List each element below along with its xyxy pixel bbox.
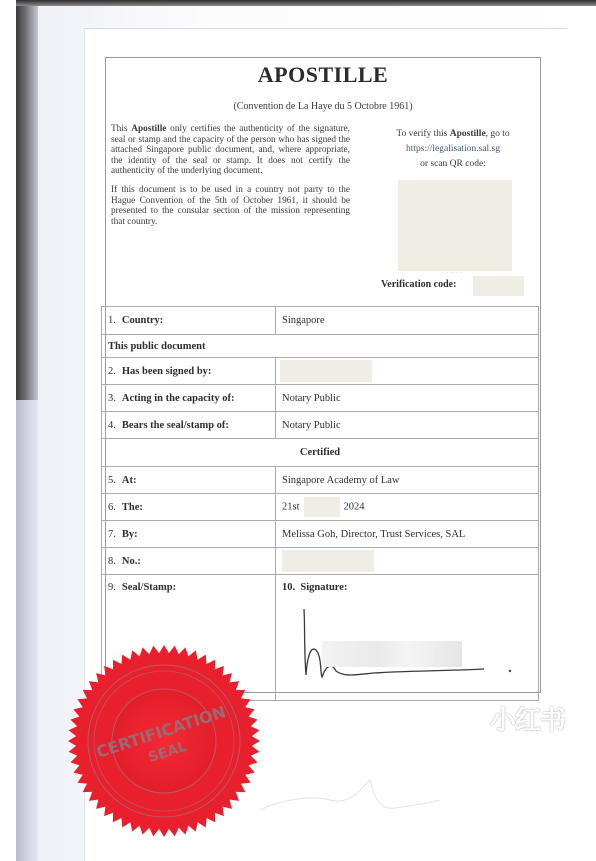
- field-number: 2.: [108, 366, 116, 377]
- field-label: Bears the seal/stamp of:: [122, 420, 229, 431]
- field-label: Acting in the capacity of:: [122, 393, 235, 404]
- field-number: 5.: [108, 475, 116, 486]
- field-value-capacity: Notary Public: [276, 385, 539, 412]
- field-label-number: 8.No.:: [102, 548, 276, 575]
- section-heading-certified: Certified: [102, 439, 539, 467]
- apostille-number-redacted: [282, 550, 374, 572]
- document-title: APOSTILLE: [105, 62, 541, 88]
- field-value-seal-of: Notary Public: [276, 412, 539, 439]
- field-number: 9.: [108, 582, 116, 593]
- intro-prefix: This: [111, 124, 131, 134]
- table-row-date: 6.The: 21st2024: [102, 494, 539, 521]
- intro-paragraph-1: This Apostille only certifies the authen…: [111, 124, 350, 177]
- table-row-number: 8.No.:: [102, 548, 539, 575]
- table-row-section-public-document: This public document: [102, 335, 539, 358]
- field-label-seal-of: 4.Bears the seal/stamp of:: [102, 412, 276, 439]
- date-year: 2024: [344, 501, 365, 512]
- verify-suffix: , go to: [486, 129, 510, 139]
- table-row-signed-by: 2.Has been signed by:: [102, 358, 539, 385]
- field-label: No.:: [122, 556, 141, 567]
- field-number: 8.: [108, 556, 116, 567]
- field-value-country: Singapore: [276, 307, 539, 335]
- field-value-number: [276, 548, 539, 575]
- field-label-capacity: 3.Acting in the capacity of:: [102, 385, 276, 412]
- field-number: 4.: [108, 420, 116, 431]
- date-month-redacted: [304, 497, 340, 517]
- certification-seal: CERTIFICATION SEAL: [67, 645, 261, 837]
- xiaohongshu-watermark: 小红书: [490, 700, 565, 737]
- qr-code-redacted: [398, 180, 512, 271]
- verify-bold: Apostille: [450, 129, 486, 139]
- apostille-fields-table: 1.Country: Singapore This public documen…: [101, 306, 539, 701]
- table-row-by: 7.By: Melissa Goh, Director, Trust Servi…: [102, 521, 539, 548]
- verification-code-redacted: [473, 276, 524, 296]
- verify-prefix: To verify this: [396, 129, 449, 139]
- field-label: Country:: [122, 315, 163, 326]
- field-label: Has been signed by:: [122, 366, 212, 377]
- qr-residue: ·····: [442, 271, 465, 276]
- intro-text: This Apostille only certifies the authen…: [111, 124, 350, 235]
- field-label: The:: [122, 502, 143, 513]
- field-number: 7.: [108, 529, 116, 540]
- field-label-country: 1.Country:: [102, 307, 276, 335]
- photo-background: [0, 0, 16, 861]
- table-row-capacity: 3.Acting in the capacity of: Notary Publ…: [102, 385, 539, 412]
- table-row-country: 1.Country: Singapore: [102, 307, 539, 335]
- section-heading-public-document: This public document: [102, 335, 539, 358]
- signature-area: [282, 593, 532, 693]
- field-label-signature: Signature:: [300, 582, 347, 593]
- field-value-signed-by: [276, 358, 539, 385]
- field-value-by: Melissa Goh, Director, Trust Services, S…: [276, 521, 539, 548]
- field-number: 6.: [108, 502, 116, 513]
- intro-paragraph-2: If this document is to be used in a coun…: [111, 185, 350, 227]
- field-label: Seal/Stamp:: [122, 582, 176, 593]
- field-label-by: 7.By:: [102, 521, 276, 548]
- verify-url-link[interactable]: https://legalisation.sal.sg: [406, 144, 500, 154]
- field-label-date: 6.The:: [102, 494, 276, 521]
- verify-line-1: To verify this Apostille, go to: [368, 127, 538, 142]
- date-day: 21st: [282, 501, 300, 512]
- signature-redacted: [322, 641, 462, 667]
- signer-name-redacted: [280, 360, 372, 382]
- field-value-date: 21st2024: [276, 494, 539, 521]
- field-label: At:: [122, 475, 137, 486]
- field-signature-cell: 10. Signature:: [276, 575, 539, 701]
- field-label-at: 5.At:: [102, 467, 276, 494]
- table-row-seal-of: 4.Bears the seal/stamp of: Notary Public: [102, 412, 539, 439]
- show-through-signature: [250, 760, 450, 830]
- table-row-section-certified: Certified: [102, 439, 539, 467]
- document-subtitle: (Convention de La Haye du 5 Octobre 1961…: [105, 101, 541, 112]
- intro-bold-apostille: Apostille: [131, 124, 166, 134]
- field-label-signed-by: 2.Has been signed by:: [102, 358, 276, 385]
- field-number: 1.: [108, 315, 116, 326]
- field-label: By:: [122, 529, 138, 540]
- verification-code-label: Verification code:: [381, 279, 456, 290]
- field-number: 10.: [282, 582, 295, 593]
- field-number: 3.: [108, 393, 116, 404]
- verify-line-3: or scan QR code:: [368, 157, 538, 172]
- verify-block: To verify this Apostille, go to https://…: [368, 127, 538, 172]
- table-row-at: 5.At: Singapore Academy of Law: [102, 467, 539, 494]
- binder-edge-lower: [16, 400, 38, 861]
- field-value-at: Singapore Academy of Law: [276, 467, 539, 494]
